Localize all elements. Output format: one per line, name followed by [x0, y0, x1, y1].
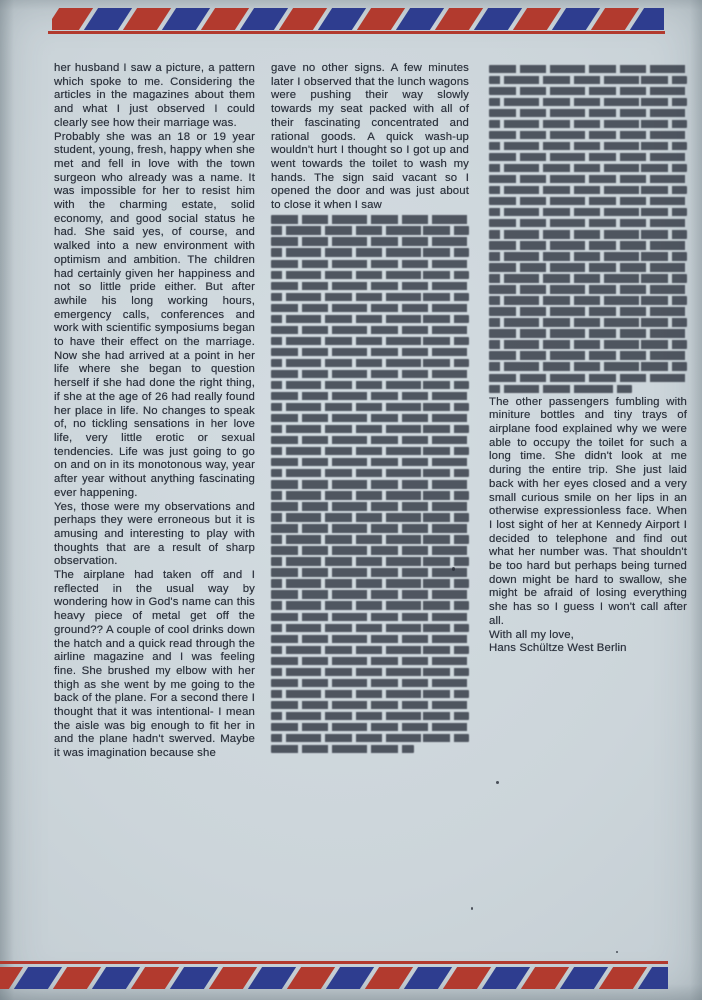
airmail-border-bottom: [0, 967, 668, 989]
redacted-text-line: [271, 701, 469, 709]
redacted-text-line: [489, 362, 687, 370]
redacted-text-line: [271, 469, 469, 477]
redacted-text-line: [489, 87, 687, 95]
redacted-text-line: [271, 491, 469, 499]
redacted-text-line: [271, 304, 469, 312]
redacted-text-line: [271, 635, 469, 643]
redacted-text-line: [271, 524, 469, 532]
redacted-text-line: [271, 271, 469, 279]
redacted-text-line: [271, 723, 469, 731]
redacted-text-line: [271, 646, 469, 654]
redacted-text-line: [271, 260, 469, 268]
redacted-text-line: [271, 370, 469, 378]
redacted-text-line: [489, 131, 687, 139]
redacted-text-line: [271, 425, 469, 433]
redacted-text-line: [489, 219, 687, 227]
redacted-text-line: [271, 601, 469, 609]
redacted-text-line: [271, 215, 469, 223]
redacted-text-line: [271, 657, 469, 665]
redacted-text-line: [271, 480, 469, 488]
redacted-text-line: [489, 318, 687, 326]
redacted-text-line: [489, 109, 687, 117]
redacted-text-line: [271, 579, 469, 587]
redacted-text-line: [271, 403, 469, 411]
redacted-text-line: [271, 712, 469, 720]
scanned-letter-page: her husband I saw a picture, a pattern w…: [0, 0, 702, 1000]
letter-paragraph: gave no other signs. A few minutes later…: [271, 62, 469, 213]
redacted-text-line: [489, 98, 687, 106]
redacted-text-line: [489, 120, 687, 128]
redacted-text-line: [271, 745, 414, 753]
redacted-text-line: [489, 374, 687, 382]
redacted-text-line: [489, 340, 687, 348]
redacted-passage: [489, 65, 687, 393]
redacted-text-line: [271, 248, 469, 256]
redacted-text-line: [271, 458, 469, 466]
letter-paragraph: The airplane had taken off and I reflect…: [54, 569, 255, 761]
redacted-text-line: [489, 164, 687, 172]
redacted-text-line: [489, 153, 687, 161]
letter-paragraph: With all my love,: [489, 629, 687, 643]
redacted-text-line: [489, 76, 687, 84]
airmail-rule-bottom: [0, 961, 668, 964]
redacted-text-line: [271, 568, 469, 576]
redacted-text-line: [489, 252, 687, 260]
redacted-text-line: [271, 690, 469, 698]
redacted-text-line: [489, 186, 687, 194]
letter-paragraph: The other passengers fumbling with minit…: [489, 396, 687, 629]
redacted-text-line: [271, 436, 469, 444]
redacted-text-line: [271, 348, 469, 356]
redacted-text-line: [271, 315, 469, 323]
letter-column-3: The other passengers fumbling with minit…: [489, 62, 687, 656]
redacted-text-line: [489, 241, 687, 249]
redacted-text-line: [271, 668, 469, 676]
redacted-text-line: [489, 351, 687, 359]
redacted-text-line: [271, 513, 469, 521]
redacted-text-line: [271, 590, 469, 598]
redacted-text-line: [271, 734, 469, 742]
airmail-border-top: [52, 8, 664, 30]
letter-paragraph: Yes, those were my observations and perh…: [54, 501, 255, 570]
redacted-text-line: [489, 175, 687, 183]
scan-speck: [452, 567, 455, 571]
redacted-text-line: [271, 535, 469, 543]
redacted-text-line: [489, 296, 687, 304]
redacted-text-line: [271, 557, 469, 565]
redacted-text-line: [489, 230, 687, 238]
redacted-text-line: [489, 142, 687, 150]
redacted-text-line: [271, 226, 469, 234]
redacted-text-line: [271, 237, 469, 245]
redacted-text-line: [271, 679, 469, 687]
redacted-text-line: [271, 359, 469, 367]
letter-column-2: gave no other signs. A few minutes later…: [271, 62, 469, 756]
redacted-text-line: [271, 381, 469, 389]
redacted-text-line: [271, 282, 469, 290]
redacted-text-line: [489, 65, 687, 73]
redacted-text-line: [271, 326, 469, 334]
redacted-text-line: [489, 329, 687, 337]
scan-speck: [471, 907, 473, 910]
letter-paragraph: Hans Schültze West Berlin: [489, 642, 687, 656]
redacted-text-line: [271, 414, 469, 422]
redacted-text-line: [271, 447, 469, 455]
scan-speck: [496, 781, 499, 784]
redacted-text-line: [489, 197, 687, 205]
redacted-text-line: [489, 307, 687, 315]
scan-speck: [616, 951, 618, 953]
redacted-text-line: [271, 546, 469, 554]
redacted-passage: [271, 215, 469, 753]
redacted-text-line: [489, 208, 687, 216]
redacted-text-line: [271, 337, 469, 345]
redacted-text-line: [489, 263, 687, 271]
redacted-text-line: [271, 624, 469, 632]
redacted-text-line: [489, 285, 687, 293]
letter-column-1: her husband I saw a picture, a pattern w…: [54, 62, 255, 761]
redacted-text-line: [489, 385, 632, 393]
redacted-text-line: [271, 293, 469, 301]
redacted-text-line: [271, 613, 469, 621]
airmail-rule-top: [48, 31, 665, 34]
redacted-text-line: [271, 392, 469, 400]
redacted-text-line: [271, 502, 469, 510]
letter-paragraph: Probably she was an 18 or 19 year studen…: [54, 131, 255, 501]
letter-paragraph: her husband I saw a picture, a pattern w…: [54, 62, 255, 131]
redacted-text-line: [489, 274, 687, 282]
